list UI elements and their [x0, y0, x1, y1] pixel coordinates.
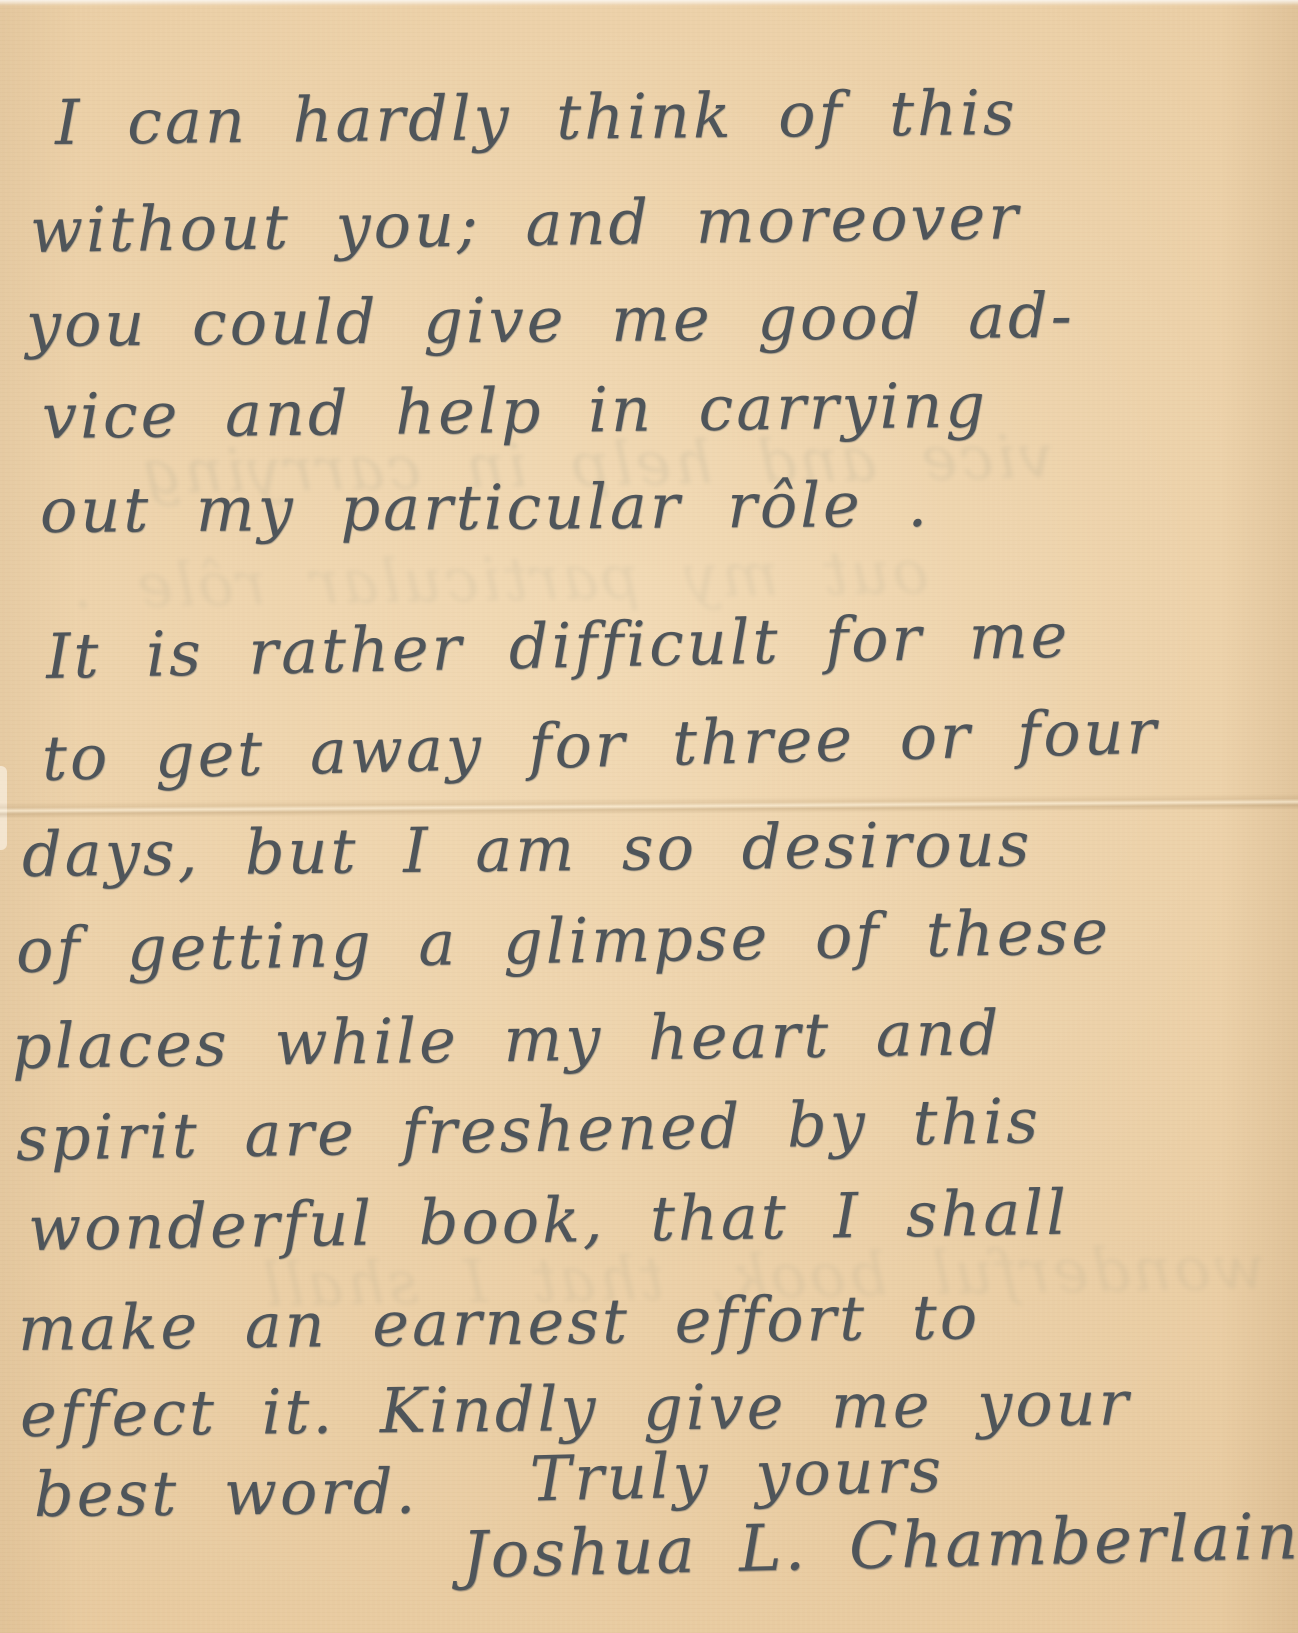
scan-edge-top — [0, 0, 1298, 6]
letter-line: spirit are freshened by this — [15, 1090, 1041, 1170]
letter-line: I can hardly think of this — [55, 82, 1018, 154]
letter-line: you could give me good ad- — [26, 285, 1075, 356]
letter-line: to get away for three or four — [41, 701, 1160, 790]
letter-line: effect it. Kindly give me your — [20, 1372, 1132, 1446]
letter-line: without you; and moreover — [30, 186, 1022, 262]
letter-line: places while my heart and — [12, 1002, 1002, 1078]
letter-line: days, but I am so desirous — [22, 813, 1033, 886]
letter-line: of getting a glimpse of these — [15, 901, 1111, 982]
letter-line: It is rather difficult for me — [45, 605, 1070, 688]
letter-page: vice and help in carrying out my particu… — [0, 0, 1298, 1633]
letter-line: wonderful book, that I shall — [28, 1182, 1070, 1260]
closing-valediction: Truly yours — [529, 1439, 945, 1510]
letter-line: make an earnest effort to — [18, 1286, 981, 1360]
letter-line: vice and help in carrying — [42, 374, 989, 448]
letter-line: out my particular rôle . — [40, 474, 931, 542]
signature: Joshua L. Chamberlain — [461, 1505, 1298, 1588]
letter-line-text: best word. — [34, 1455, 419, 1531]
